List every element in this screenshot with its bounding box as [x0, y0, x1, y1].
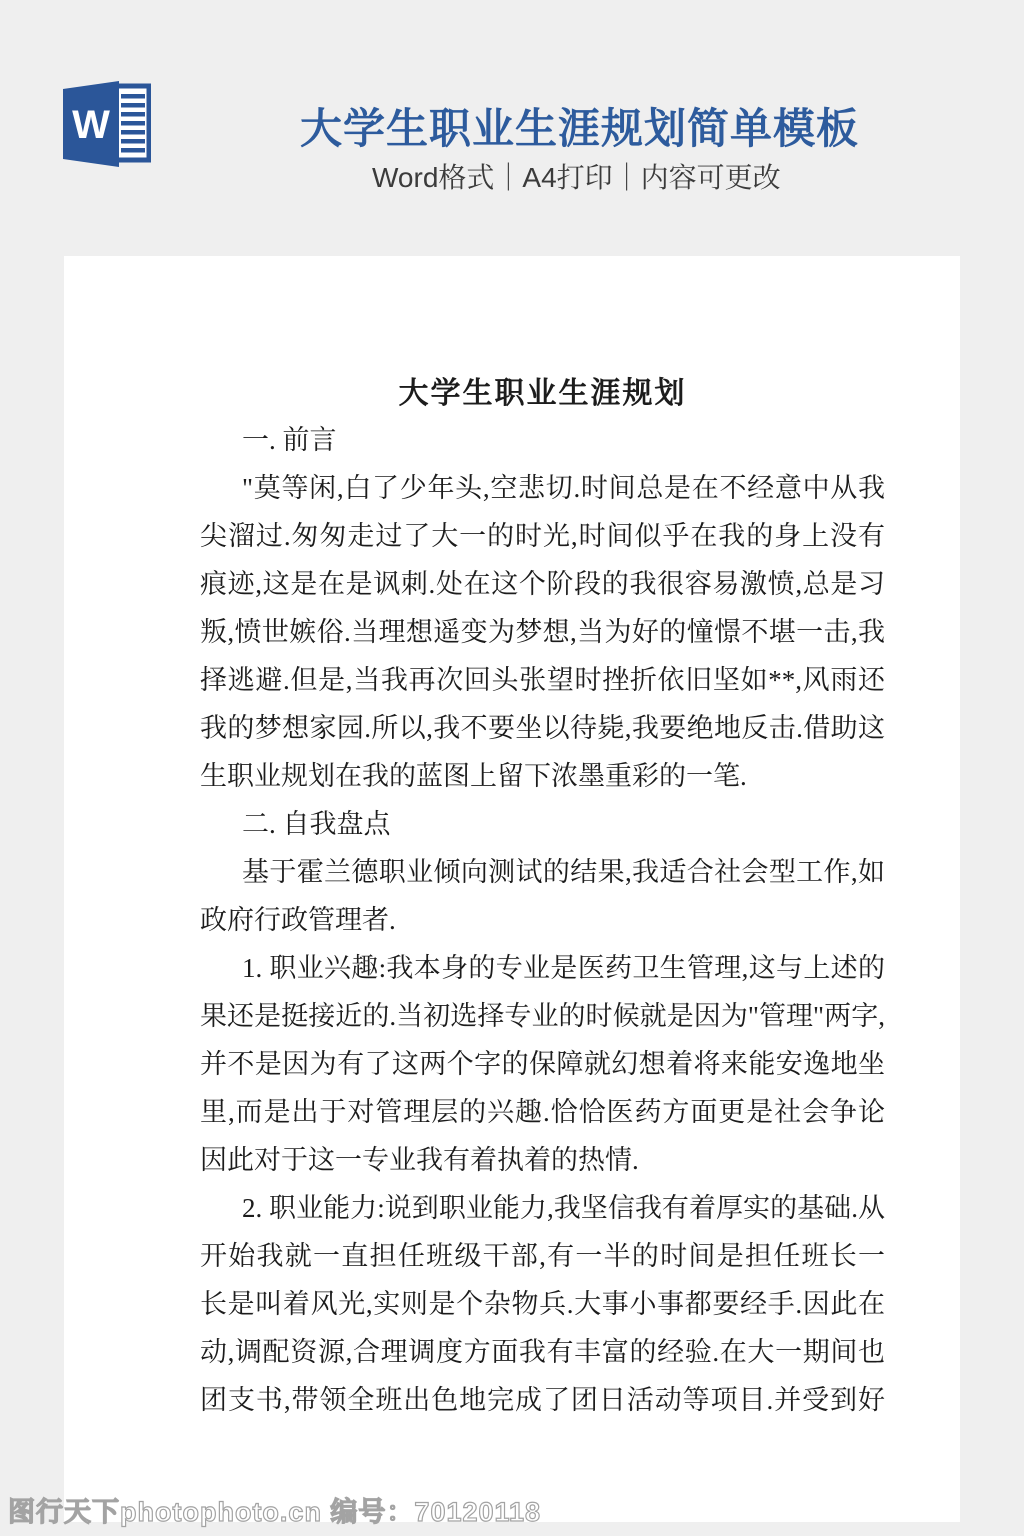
doc-line: 开始我就一直担任班级干部,有一半的时间是担任班长一职.都说班: [200, 1232, 885, 1280]
word-logo-letter: W: [72, 103, 110, 147]
doc-line: 基于霍兰德职业倾向测试的结果,我适合社会型工作,如教师,: [200, 848, 885, 896]
doc-line: 果还是挺接近的.当初选择专业的时候就是因为"管理"两字,但是我: [200, 992, 885, 1040]
doc-line: 2. 职业能力:说到职业能力,我坚信我有着厚实的基础.从小学: [200, 1184, 885, 1232]
doc-line: 并不是因为有了这两个字的保障就幻想着将来能安逸地坐在办公室: [200, 1040, 885, 1088]
doc-line: 生职业规划在我的蓝图上留下浓墨重彩的一笔.: [200, 752, 885, 800]
site-watermark: 图行天下photophoto.cn 编号：70120118: [8, 1490, 541, 1529]
doc-line: 我的梦想家园.所以,我不要坐以待毙,我要绝地反击.借助这次大学: [200, 704, 885, 752]
doc-line: 政府行政管理者.: [200, 896, 885, 944]
document-content: 大学生职业生涯规划 一. 前言 "莫等闲,白了少年头,空悲切.时间总是在不经意中…: [200, 256, 885, 1424]
document-page: 大学生职业生涯规划 一. 前言 "莫等闲,白了少年头,空悲切.时间总是在不经意中…: [64, 256, 960, 1522]
doc-line: 二. 自我盘点: [200, 800, 885, 848]
doc-line: 痕迹,这是在是讽刺.处在这个阶段的我很容易激愤,总是习惯于反: [200, 560, 885, 608]
doc-line: 团支书,带领全班出色地完成了团日活动等项目.并受到好评.但在: [200, 1376, 885, 1424]
template-title: 大学生职业生涯规划简单模板: [300, 96, 859, 156]
doc-line: 里,而是出于对管理层的兴趣.恰恰医药方面更是社会争论的热点,: [200, 1088, 885, 1136]
doc-line: 一. 前言: [200, 416, 885, 464]
doc-line: 因此对于这一专业我有着执着的热情.: [200, 1136, 885, 1184]
doc-line: 动,调配资源,合理调度方面我有丰富的经验.在大一期间也曾担任: [200, 1328, 885, 1376]
doc-line: 1. 职业兴趣:我本身的专业是医药卫生管理,这与上述的测试结: [200, 944, 885, 992]
document-title: 大学生职业生涯规划: [200, 372, 885, 416]
doc-line: 长是叫着风光,实则是个杂物兵.大事小事都要经手.因此在组织活: [200, 1280, 885, 1328]
doc-line: 尖溜过.匆匆走过了大一的时光,时间似乎在我的身上没有留下任何: [200, 512, 885, 560]
template-subtitle: Word格式｜A4打印｜内容可更改: [372, 156, 781, 196]
doc-line: 叛,愤世嫉俗.当理想遥变为梦想,当为好的憧憬不堪一击,我往往选: [200, 608, 885, 656]
doc-line: 择逃避.但是,当我再次回头张望时挫折依旧坚如**,风雨还在迫害: [200, 656, 885, 704]
word-logo-icon: W: [63, 81, 151, 167]
doc-line: "莫等闲,白了少年头,空悲切.时间总是在不经意中从我们的指: [200, 464, 885, 512]
